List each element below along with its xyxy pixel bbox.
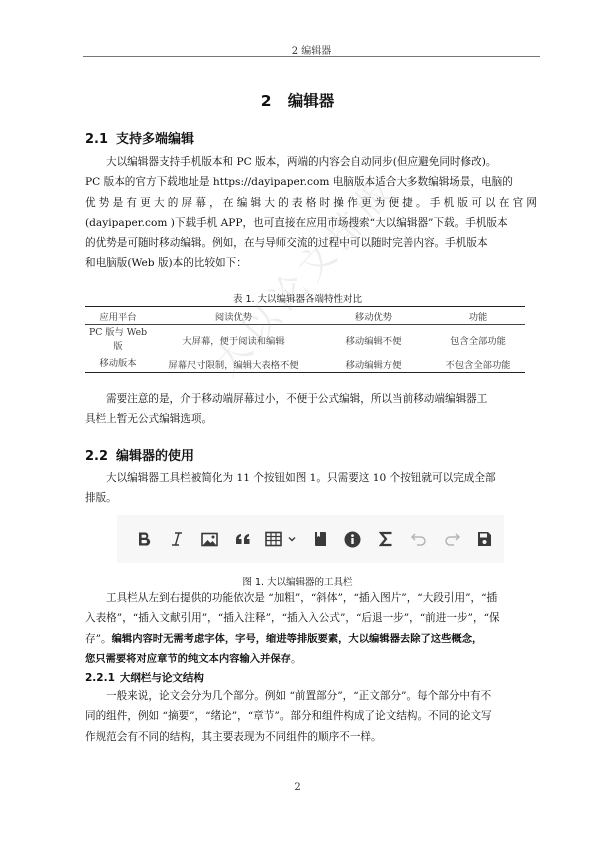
table-header-row: 应用平台 阅读优势 移动优势 功能 [85,307,525,325]
running-header: 2 编辑器 [83,42,540,57]
text-line: 作规范会有不同的结构，其主要表现为不同组件的顺序不一样。 [85,727,540,747]
table-cell: 包含全部功能 [431,325,525,356]
insert-table-button[interactable] [259,527,303,551]
table-row: PC 版与 Web 版 大屏幕，便于阅读和编辑 移动编辑不便 包含全部功能 [85,325,525,356]
table-cell: 不包含全部功能 [431,355,525,373]
column-header: 应用平台 [85,307,151,325]
section-number: 2.1 [85,132,108,147]
text-line: 优势是有更大的屏幕，在编辑大的表格时操作更为便捷。手机版可以在官网 [85,193,540,213]
text-line: 工具栏从左到右提供的功能依次是 “加粗”，“斜体”，“插入图片”，“大段引用”，… [85,588,540,608]
insert-citation-button[interactable] [303,527,336,551]
text-line: 排版。 [85,488,540,508]
italic-button[interactable] [160,527,193,551]
table-cell: 移动编辑不便 [316,325,431,356]
subsection-number: 2.2.1 [85,672,115,684]
table-cell: PC 版与 Web 版 [85,325,151,356]
subsection-heading-2-2-1: 2.2.1大纲栏与论文结构 [85,670,204,685]
text-run: 存”。 [85,633,112,645]
paragraph-thesis-structure: 一般来说，论文会分为几个部分。例如 “前置部分”，“正文部分”。每个部分中有不 … [85,686,540,747]
save-button[interactable] [468,527,501,551]
text-line: 和电脑版(Web 版)本的比较如下： [85,253,540,273]
section-title: 编辑器的使用 [116,449,194,464]
quote-icon [235,532,251,546]
emphasis-text: 编辑内容时无需考虑字体，字号，缩进等排版要素，大以编辑器去除了这些概念， [112,633,483,645]
section-number: 2.2 [85,449,108,464]
table-caption: 表 1. 大以编辑器各端特性对比 [0,291,595,305]
chapter-title-text: 编辑器 [288,92,335,110]
image-icon [201,532,218,547]
save-icon [477,531,492,547]
document-page: 2 编辑器 2 编辑器 2.1支持多端编辑 大以编辑器支持手机版本和 PC 版本… [0,0,595,842]
paragraph-toolbar-description: 工具栏从左到右提供的功能依次是 “加粗”，“斜体”，“插入图片”，“大段引用”，… [85,588,540,669]
table-cell: 移动编辑方便 [316,355,431,373]
section-heading-2-2: 2.2编辑器的使用 [85,445,194,464]
text-line: 同的组件，例如 “摘要”，“绪论”，“章节”。部分和组件构成了论文结构。不同的论… [85,706,540,726]
table-cell: 移动版本 [85,355,151,373]
insert-image-button[interactable] [193,527,226,551]
undo-icon [410,532,428,546]
table-cell: 屏幕尺寸限制，编辑大表格不便 [151,355,316,373]
chapter-number: 2 [261,92,272,110]
column-header: 功能 [431,307,525,325]
page-number: 2 [0,782,595,793]
text-line: PC 版本的官方下载地址是 https://dayipaper.com 电脑版本… [85,172,540,192]
column-header: 移动优势 [316,307,431,325]
bookmark-icon [313,531,327,547]
text-line: 需要注意的是，介于移动端屏幕过小，不便于公式编辑，所以当前移动端编辑器工 [85,389,540,409]
header-rule [83,56,540,57]
redo-icon [443,532,461,546]
paragraph-toolbar-intro: 大以编辑器工具栏被简化为 11 个按钮如图 1。只需要这 10 个按钮就可以完成… [85,468,540,509]
undo-button[interactable] [402,527,435,551]
text-line: 具栏上暂无公式编辑选项。 [85,409,540,429]
info-icon [344,531,361,548]
text-line: 大以编辑器工具栏被简化为 11 个按钮如图 1。只需要这 10 个按钮就可以完成… [85,468,540,488]
platform-comparison-table: 应用平台 阅读优势 移动优势 功能 PC 版与 Web 版 大屏幕，便于阅读和编… [85,306,525,373]
table-row: 移动版本 屏幕尺寸限制，编辑大表格不便 移动编辑方便 不包含全部功能 [85,355,525,373]
insert-note-button[interactable] [336,527,369,551]
table-cell: 大屏幕，便于阅读和编辑 [151,325,316,356]
bold-button[interactable] [127,527,160,551]
table-icon [265,531,282,547]
figure-caption: 图 1. 大以编辑器的工具栏 [0,574,595,588]
text-line: (dayipaper.com )下载手机 APP，也可直接在应用市场搜索“大以编… [85,213,540,233]
text-run: 。 [291,653,302,665]
text-line: 您只需要将对应章节的纯文本内容输入并保存。 [85,649,540,669]
emphasis-text: 您只需要将对应章节的纯文本内容输入并保存 [85,653,291,665]
text-line: 大以编辑器支持手机版本和 PC 版本，两端的内容会自动同步(但应避免同时修改)。 [85,152,540,172]
chapter-title: 2 编辑器 [0,89,595,111]
subsection-title: 大纲栏与论文结构 [120,672,204,684]
text-line: 入表格”，“插入文献引用”，“插入注释”，“插入入公式”，“后退一步”，“前进一… [85,608,540,628]
redo-button[interactable] [435,527,468,551]
italic-icon [169,531,185,547]
text-line: 的优势是可随时移动编辑。例如，在与导师交流的过程中可以随时完善内容。手机版本 [85,233,540,253]
sigma-icon [379,531,393,547]
column-header: 阅读优势 [151,307,316,325]
paragraph-multi-platform: 大以编辑器支持手机版本和 PC 版本，两端的内容会自动同步(但应避免同时修改)。… [85,152,540,274]
text-line: 一般来说，论文会分为几个部分。例如 “前置部分”，“正文部分”。每个部分中有不 [85,686,540,706]
editor-toolbar-figure [117,515,504,563]
bold-icon [136,531,152,547]
section-title: 支持多端编辑 [116,132,194,147]
section-heading-2-1: 2.1支持多端编辑 [85,128,194,147]
text-line: 存”。编辑内容时无需考虑字体，字号，缩进等排版要素，大以编辑器去除了这些概念， [85,629,540,649]
paragraph-mobile-note: 需要注意的是，介于移动端屏幕过小，不便于公式编辑，所以当前移动端编辑器工 具栏上… [85,389,540,430]
blockquote-button[interactable] [226,527,259,551]
chevron-down-icon [287,535,297,543]
insert-formula-button[interactable] [369,527,402,551]
